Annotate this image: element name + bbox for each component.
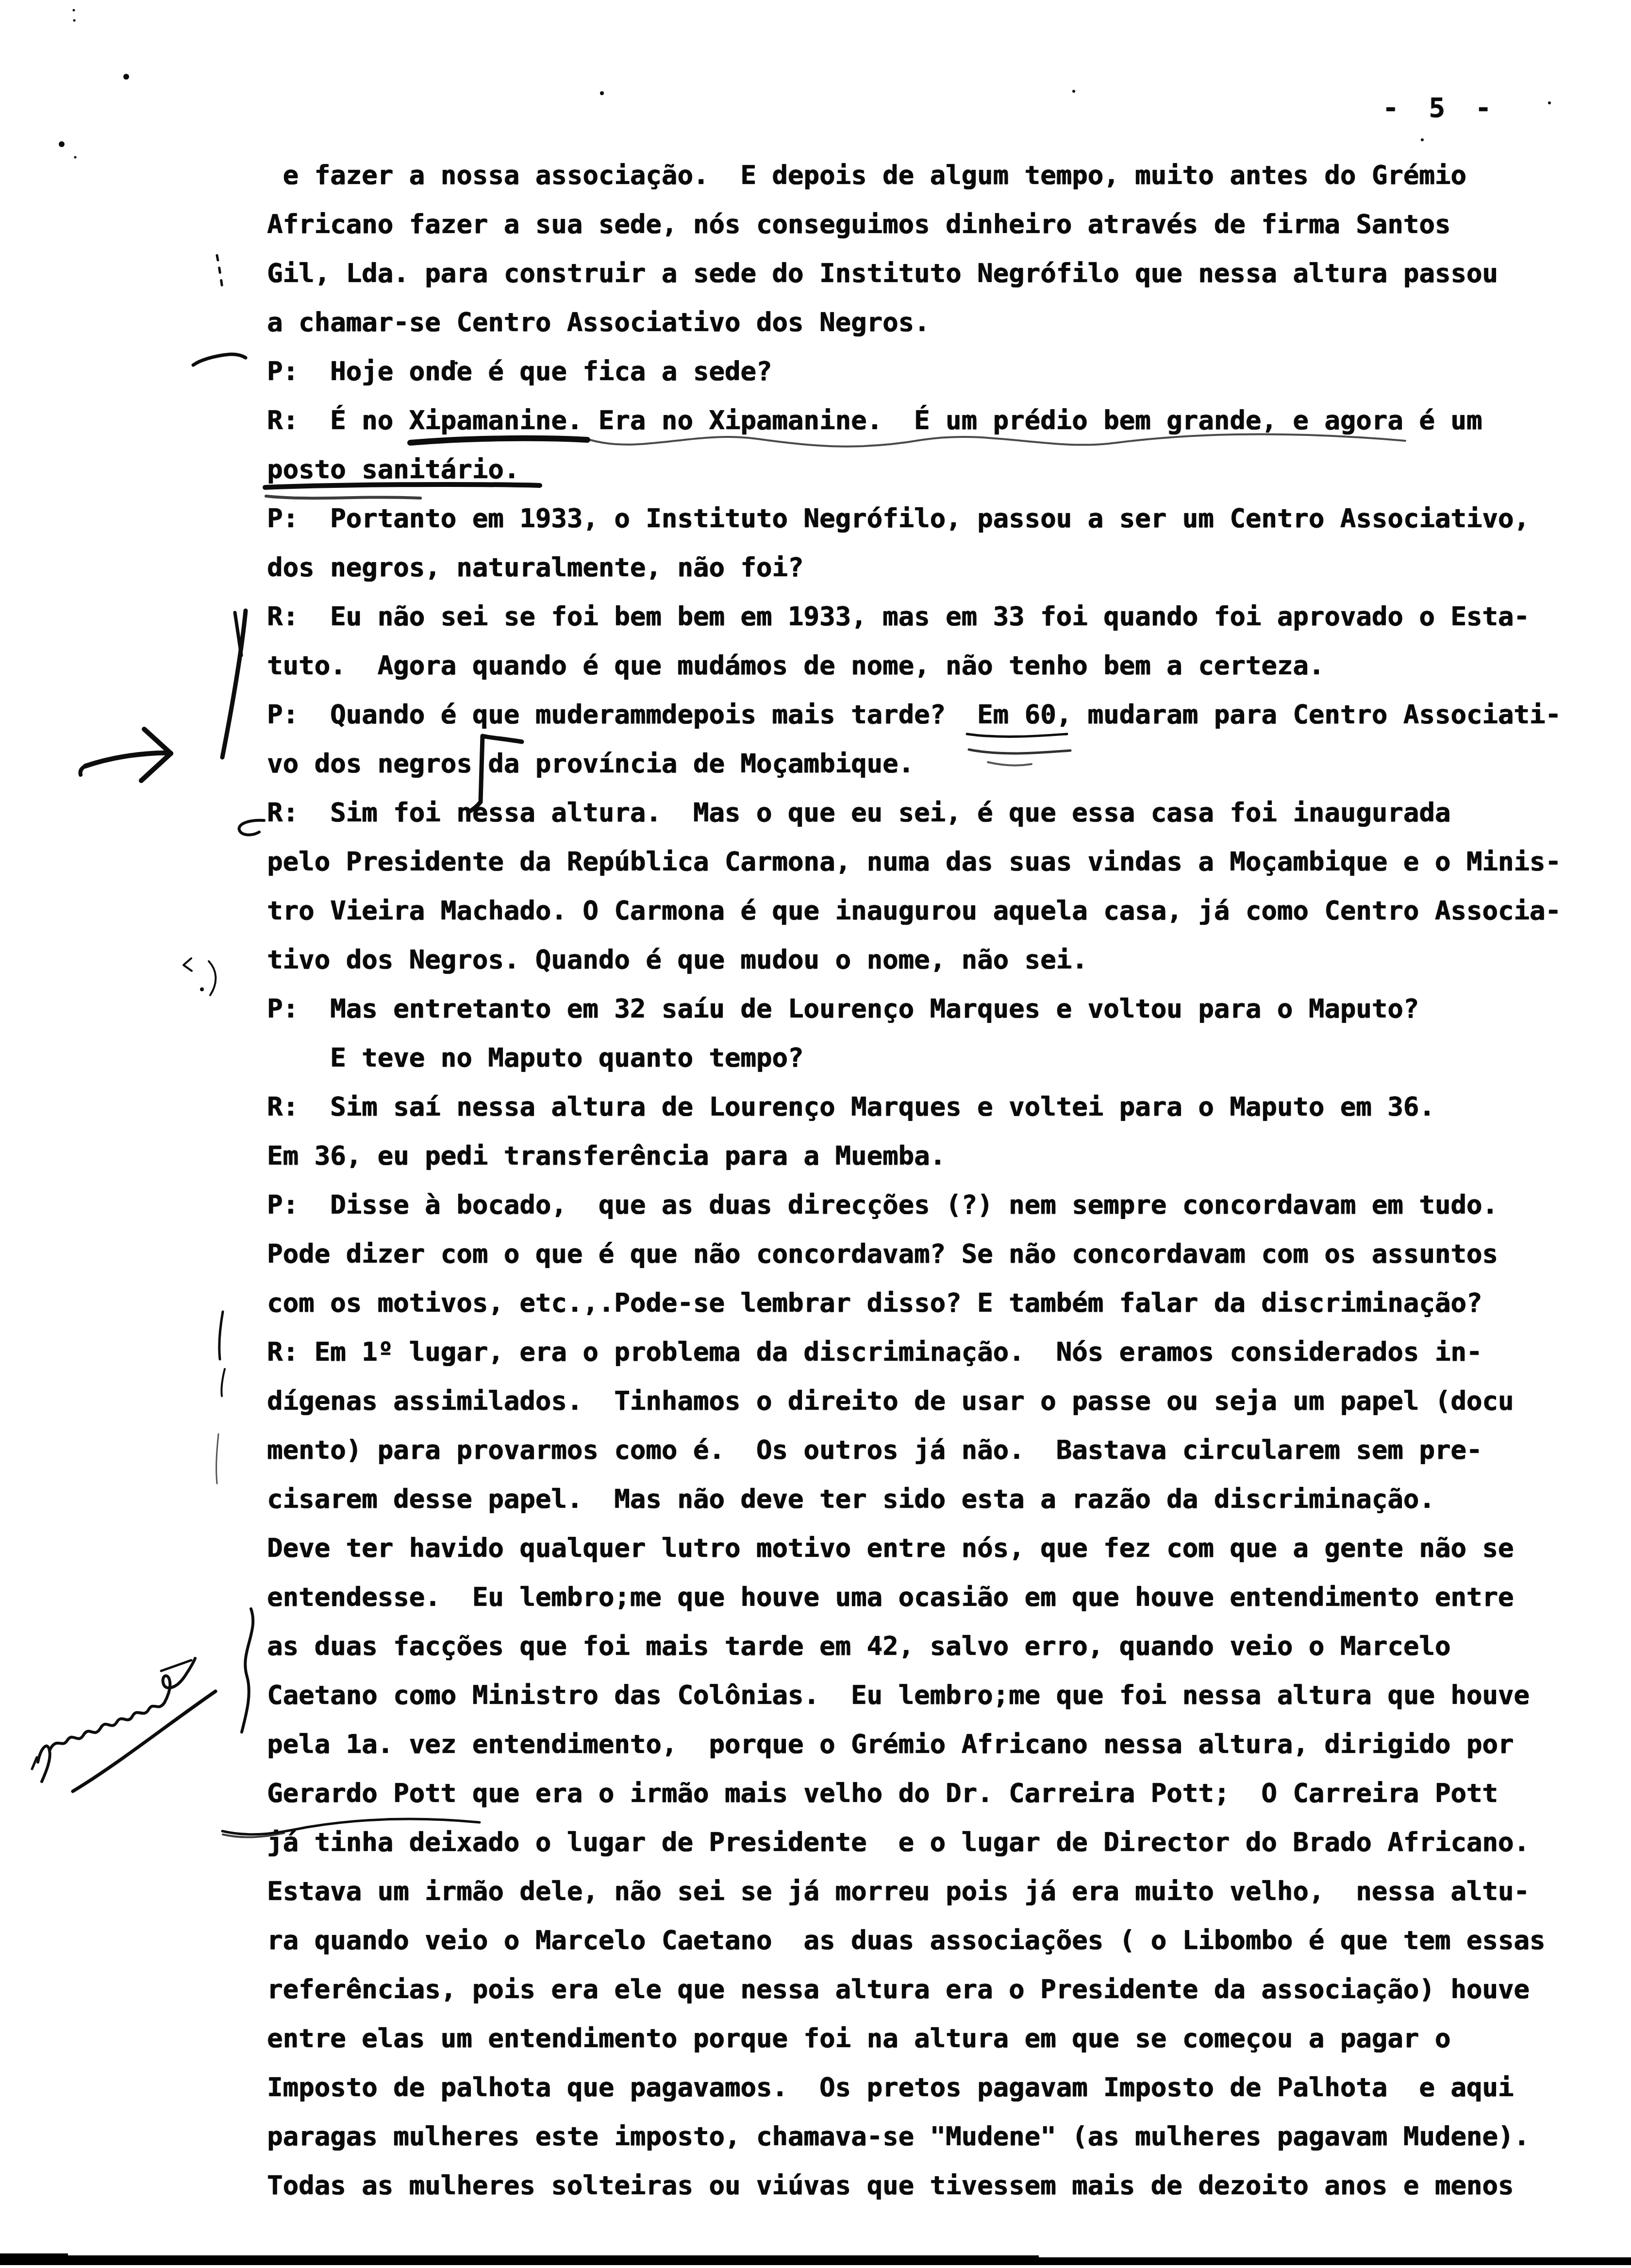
ink-speck [1072,90,1075,93]
margin-arrow [80,729,171,781]
arrow-head [141,753,171,781]
r-flourish-mark [239,820,264,835]
handwriting-t-bar [161,1660,191,1671]
wavy-underline-predio [590,434,1405,446]
ink-speck [123,74,129,80]
scan-edge-thin [68,2255,1039,2258]
handwriting-stroke [38,1746,50,1782]
handwriting-stroke [32,1757,37,1769]
scan-edge-step [0,2253,68,2259]
handwriting-stroke [50,1658,195,1751]
margin-tick [216,1434,218,1484]
margin-tick [221,1369,225,1396]
margin-squiggle [242,1609,253,1732]
em60-scribble-stroke [988,762,1032,766]
question-scribble [183,958,216,995]
ink-speck [1421,138,1424,141]
scanned-page: - 5 - e fazer a nossa associação. E depo… [0,0,1631,2268]
em60-scribble-stroke [967,734,1067,736]
margin-swoosh-mark [193,354,246,365]
margin-ticks [216,1312,225,1484]
handwritten-margin-word [32,1658,216,1791]
underline-xipamanine [410,438,587,443]
ink-speck [59,141,65,147]
scan-edge-bar [0,2253,1631,2265]
margin-tick [219,1312,223,1359]
ink-specks [59,9,1551,365]
annotations-layer [0,0,1631,2268]
insertion-bracket-mark [469,736,522,812]
scribble-arc [209,961,216,995]
em60-scribble-stroke [969,750,1070,753]
scribble-tick [183,958,192,971]
margin-vertical-stroke [235,613,241,655]
em60-scribble-underline [967,734,1070,766]
margin-dotted-mark [217,255,223,292]
gerardo-pott-underline [222,1819,480,1837]
ink-speck [455,362,458,365]
ink-speck [600,91,604,95]
underline-posto-sanitario-scribble [266,496,420,498]
margin-vertical-stroke [222,611,246,757]
arrow-tail-hook [80,766,85,775]
handwriting-underline [73,1691,216,1791]
scribble-dot [200,987,204,991]
ink-speck [74,156,77,159]
ink-speck [73,19,76,22]
arrow-head [144,729,171,753]
scan-edge [0,2257,1631,2265]
underline-posto-sanitario [265,484,540,487]
ink-speck [73,9,75,12]
ink-speck [1548,101,1551,104]
underline-stroke [222,1819,480,1834]
